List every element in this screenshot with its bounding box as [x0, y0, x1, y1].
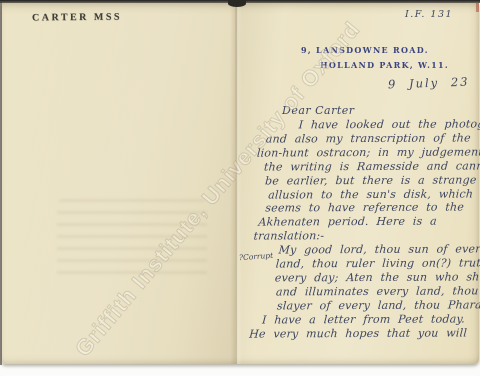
- letter-line: Akhenaten period. Here is a: [252, 215, 480, 230]
- scan-left-edge: [0, 2, 2, 365]
- letter-line: I have looked out the photographs: [258, 117, 480, 132]
- carter-mss-stamp: CARTER MSS: [32, 12, 122, 24]
- letter-line: every day; Aten the sun who shines: [248, 270, 477, 285]
- letter-left-page: CARTER MSS: [2, 3, 235, 364]
- letter-line: lion-hunt ostracon; in my judgement: [256, 145, 480, 160]
- letter-line: and also my transcription of the: [257, 131, 480, 146]
- ink-bleed-through: [57, 198, 207, 283]
- letterhead: 9, LANSDOWNE ROAD. HOLLAND PARK, W.11.: [301, 45, 449, 70]
- letter-line: be earlier, but there is a strange: [255, 173, 480, 188]
- letterhead-address-line2: HOLLAND PARK, W.11.: [301, 60, 449, 70]
- letter-line: the writing is Ramesside and cannot: [256, 159, 480, 174]
- letter-line: and illuminates every land, thou: [247, 284, 476, 299]
- letter-date: 9 July 23: [388, 75, 470, 92]
- letter-line: slayer of every land, thou Pharaoh.: [247, 298, 476, 313]
- red-corner-mark: [476, 3, 479, 12]
- salutation: Dear Carter: [282, 104, 355, 117]
- reference-number: I.F. 131: [405, 9, 453, 20]
- letter-line: allusion to the sun's disk, which: [254, 187, 480, 202]
- letter-line: seems to have reference to the: [253, 201, 480, 216]
- letter-body: I have looked out the photographs and al…: [245, 117, 480, 341]
- letter-paper: CARTER MSS I.F. 131 9, LANSDOWNE ROAD. H…: [2, 3, 479, 364]
- letter-line: translation:-: [251, 229, 480, 244]
- letter-line: My good lord, thou sun of every: [250, 243, 479, 258]
- letter-scan: CARTER MSS I.F. 131 9, LANSDOWNE ROAD. H…: [0, 0, 480, 376]
- letter-line: I have a letter from Peet today.: [246, 312, 475, 327]
- fold-top-notch: [228, 0, 246, 7]
- letter-line: He very much hopes that you will: [245, 326, 474, 341]
- letter-line: land, thou ruler living on(?) truth(?): [249, 256, 478, 271]
- letterhead-address-line1: 9, LANSDOWNE ROAD.: [301, 45, 449, 55]
